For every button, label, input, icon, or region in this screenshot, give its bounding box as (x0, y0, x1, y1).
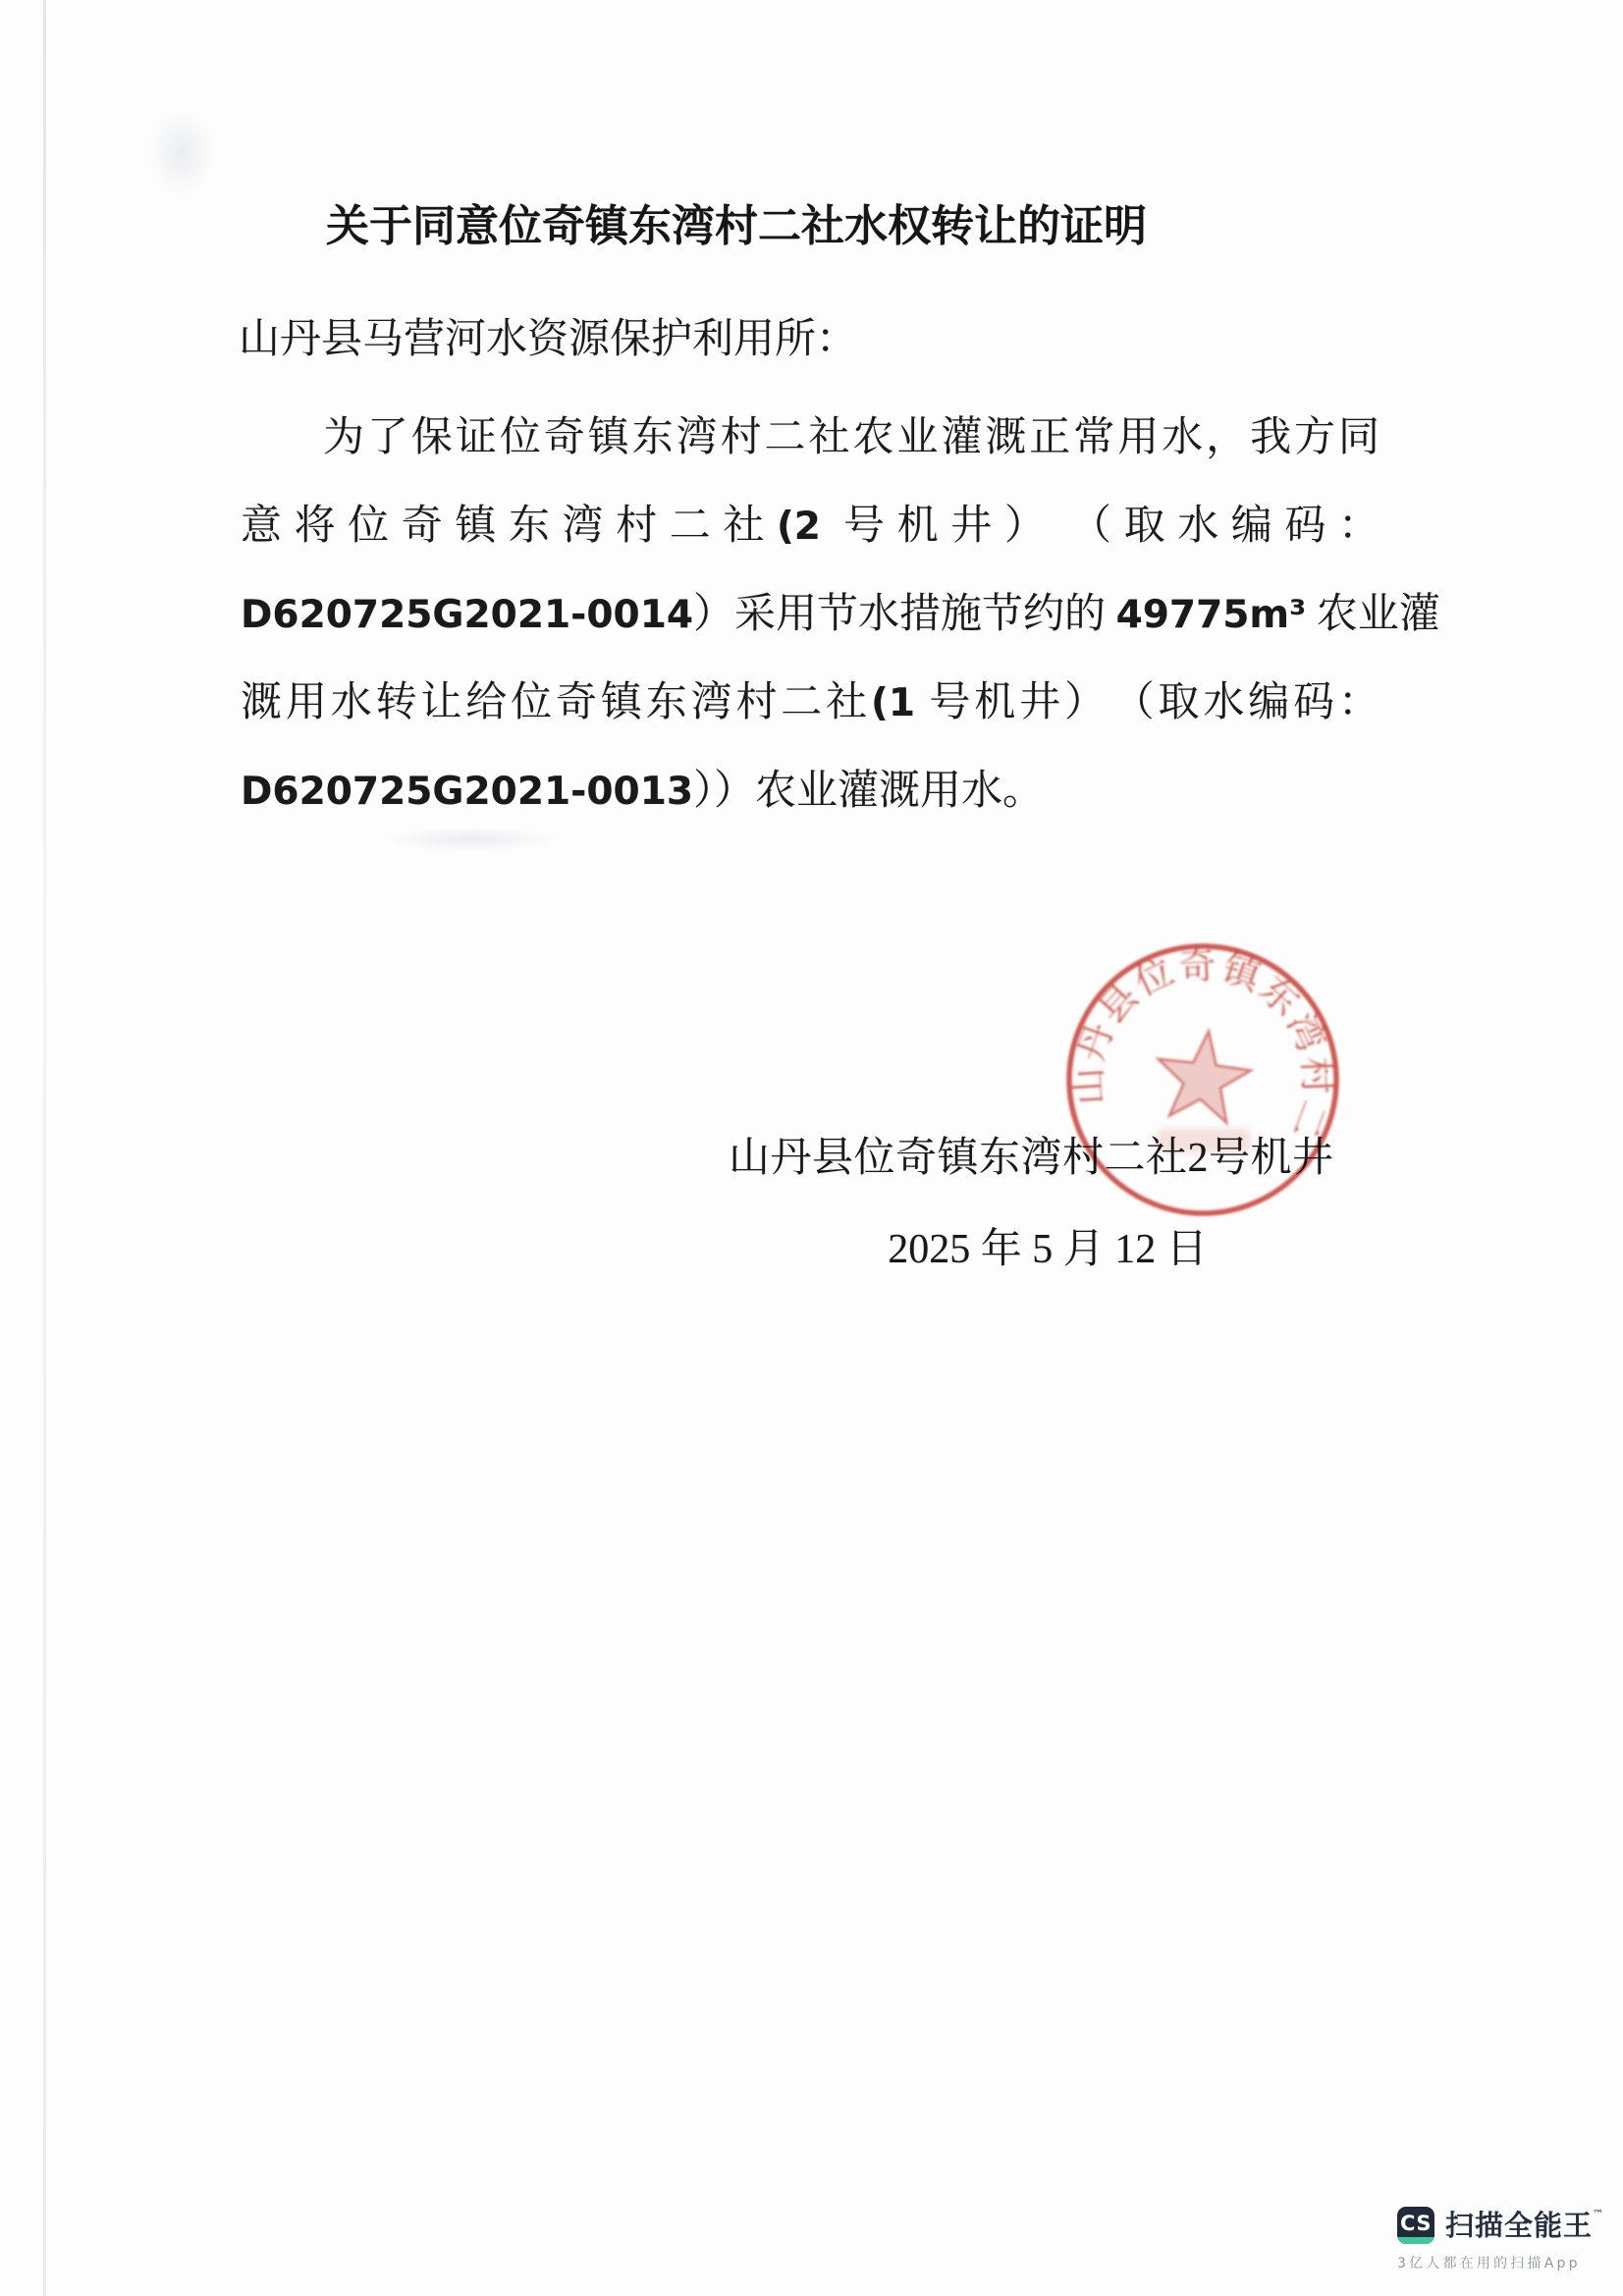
app-name-text: 扫描全能王 (1445, 2209, 1593, 2242)
camscanner-watermark: CS 扫描全能王™ 3亿人都在用的扫描App (1397, 2207, 1590, 2272)
body-text: 为了保证位奇镇东湾村二社农业灌溉正常用水，我方同 (323, 415, 1380, 460)
body-line-2: 意将位奇镇东湾村二社(2 号机井） （取水编码： (241, 482, 1380, 570)
stamp-faint-text-blob (1157, 1129, 1251, 1152)
cs-logo-letters: CS (1397, 2210, 1434, 2237)
logo-accent-strip (1397, 2237, 1434, 2244)
scanned-document-page: 关于同意位奇镇东湾村二社水权转让的证明 山丹县马营河水资源保护利用所： 为了保证… (0, 0, 1623, 2296)
stamp-star-icon (1152, 1026, 1256, 1125)
camscanner-logo-icon: CS (1397, 2207, 1434, 2244)
body-text: 意将位奇镇东湾村二社 (241, 504, 777, 549)
body-text: 号机井） （取水编码： (915, 680, 1380, 725)
water-volume: 49775m³ (1116, 593, 1307, 637)
body-text: 农业灌 (1306, 592, 1440, 637)
watermark-logo-row: CS 扫描全能王™ (1397, 2207, 1590, 2244)
well-number: (1 (871, 681, 915, 725)
document-title: 关于同意位奇镇东湾村二社水权转让的证明 (196, 196, 1276, 257)
scan-smudge (147, 108, 216, 196)
body-text: ）采用节水措施节约的 (693, 592, 1116, 637)
body-text: 溉用水转让给位奇镇东湾村二社 (241, 680, 871, 725)
salutation-line: 山丹县马营河水资源保护利用所： (239, 310, 857, 369)
stamp-arc-text: 山丹县位奇镇东湾村二社 (1060, 937, 1337, 1144)
trademark-symbol: ™ (1593, 2208, 1604, 2220)
intake-code: D620725G2021-0014 (241, 593, 693, 637)
intake-code: D620725G2021-0013 (241, 770, 693, 814)
camscanner-app-name: 扫描全能王™ (1445, 2207, 1604, 2244)
body-line-3: D620725G2021-0014）采用节水措施节约的 49775m³ 农业灌 (241, 570, 1380, 659)
body-paragraph: 为了保证位奇镇东湾村二社农业灌溉正常用水，我方同 意将位奇镇东湾村二社(2 号机… (241, 394, 1380, 835)
well-number: (2 (777, 505, 821, 549)
official-red-stamp: 山丹县位奇镇东湾村二社 (1060, 937, 1345, 1222)
camscanner-tagline: 3亿人都在用的扫描App (1397, 2253, 1590, 2272)
date-line: 2025 年 5 月 12 日 (729, 1221, 1367, 1278)
body-line-4: 溉用水转让给位奇镇东湾村二社(1 号机井） （取水编码： (241, 659, 1380, 747)
body-text: 号机井） （取水编码： (821, 504, 1380, 549)
scan-edge-line (43, 0, 46, 2296)
stamp-arc-textpath: 山丹县位奇镇东湾村二社 (1060, 937, 1337, 1144)
body-text: ））农业灌溉用水。 (693, 769, 1044, 814)
body-line-5: D620725G2021-0013））农业灌溉用水。 (241, 747, 1380, 835)
body-line-1: 为了保证位奇镇东湾村二社农业灌溉正常用水，我方同 (241, 394, 1380, 482)
